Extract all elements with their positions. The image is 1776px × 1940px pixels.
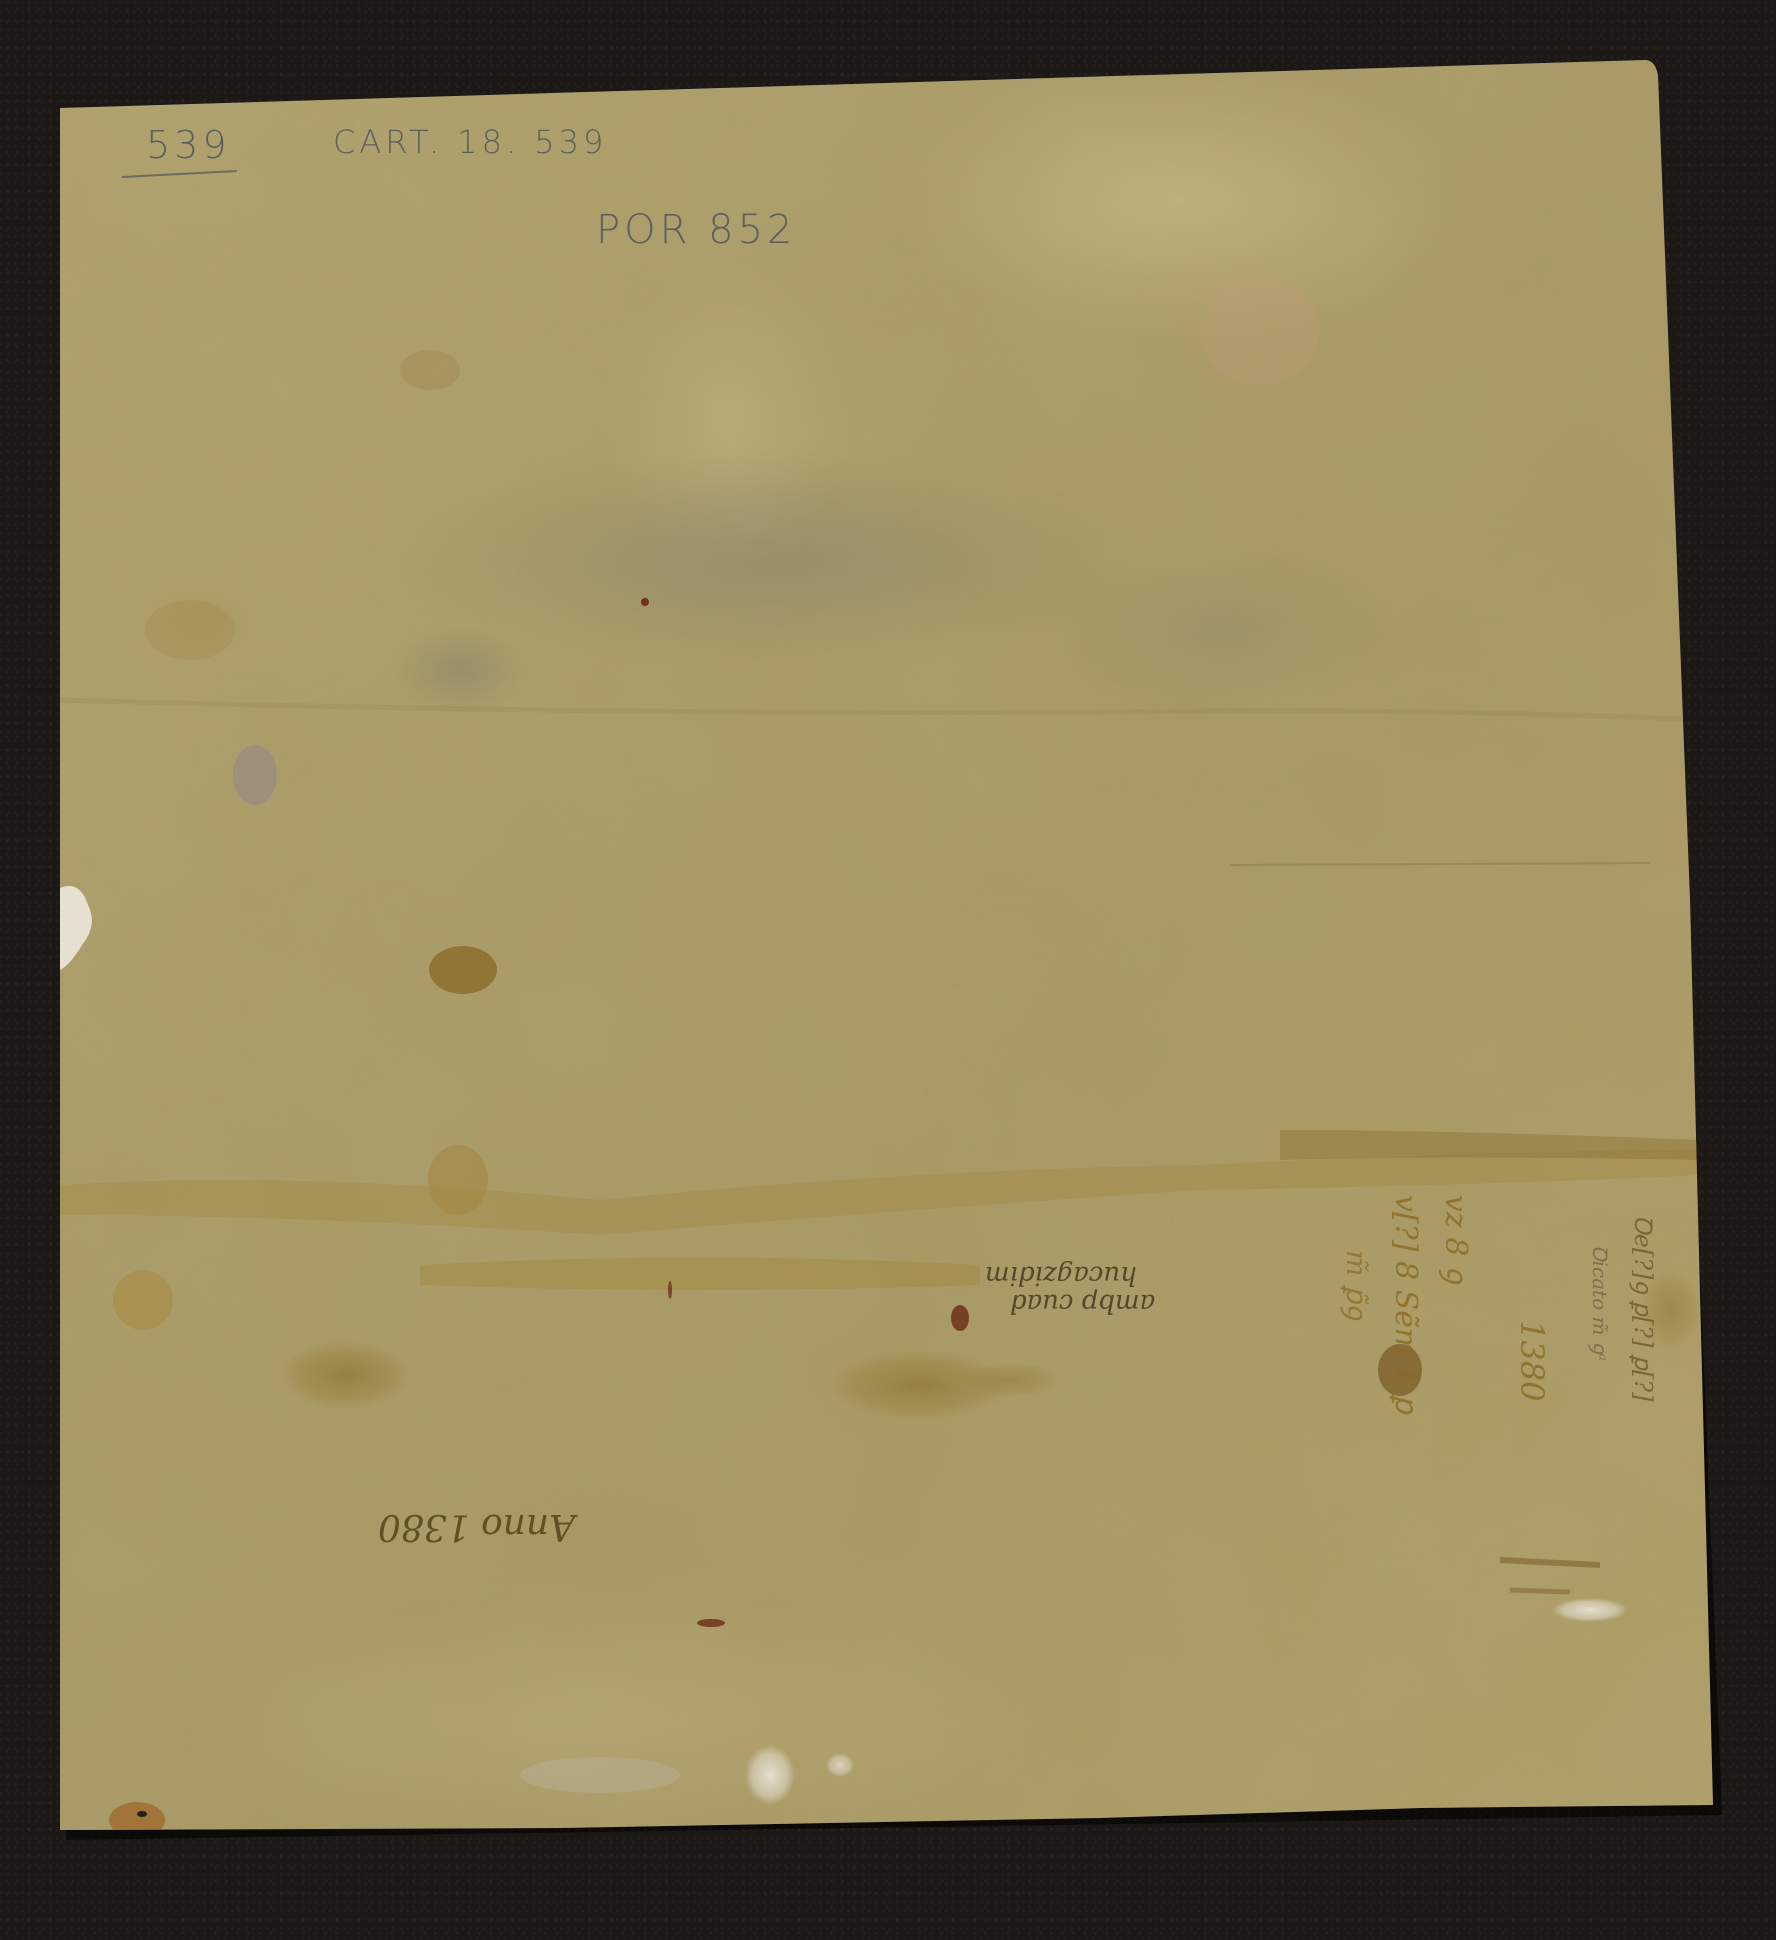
vertical-note-6: Ꝺe[?]ꝯ ꝑ[?] ꝑ[?]	[1631, 1215, 1655, 1402]
inverted-year-note: Anno 1380	[378, 1508, 575, 1544]
vertical-note-2: v[?] 8 Sẽm 1 ꝑ	[1390, 1195, 1420, 1414]
vertical-note-3: vz 8 ꝯ	[1440, 1195, 1470, 1284]
vertical-note-1: m̃ ꝑ̃ꝯ	[1342, 1250, 1370, 1320]
parchment-sheet	[0, 0, 1776, 1940]
vertical-note-5: Ꝺicato m̃ ꝯᵃ	[1590, 1245, 1610, 1361]
shelf-number: 539	[146, 126, 231, 164]
inverted-note-line2: ambp cuad	[1010, 1290, 1155, 1316]
vertical-note-year: 1380	[1516, 1320, 1548, 1401]
archive-reference: CART. 18. 539	[333, 126, 607, 158]
por-reference: POR 852	[596, 210, 796, 250]
inverted-note-line1: hucagzidim	[985, 1262, 1137, 1288]
